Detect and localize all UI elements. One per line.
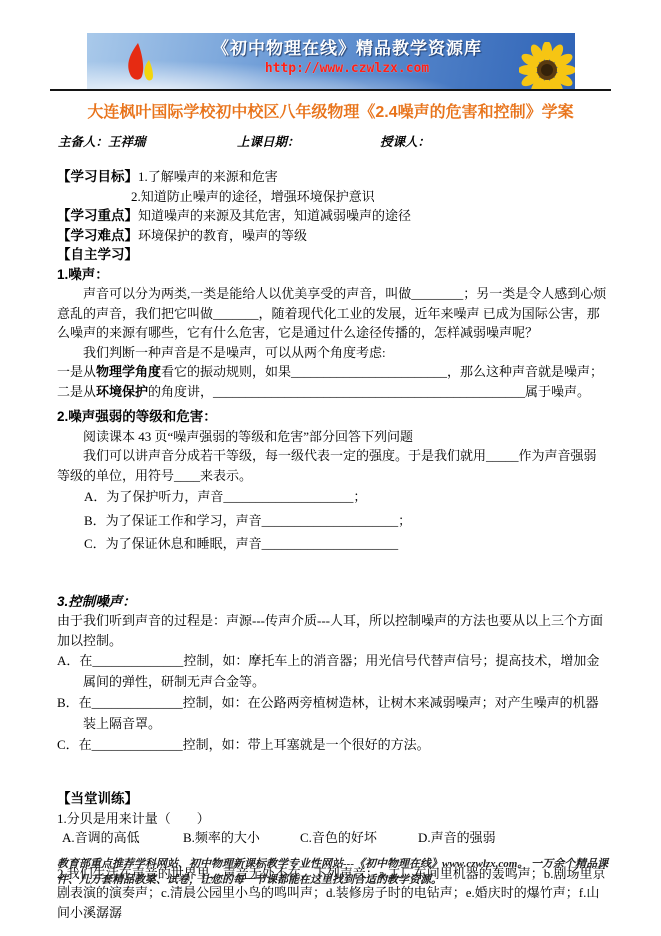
angle-2-term: 环境保护: [96, 384, 148, 399]
levels-p-c: 来表示。: [200, 468, 252, 483]
levels-item-c: C．为了保证休息和睡眠，声音_____________________: [84, 532, 607, 556]
sunflower-icon: [519, 42, 575, 90]
focus-text: 知道噪声的来源及其危害，知道减弱噪声的途径: [138, 208, 411, 223]
angle-1-term: 物理学角度: [96, 364, 161, 379]
levels-read-line: 阅读课本 43 页“噪声强弱的等级和危害”部分回答下列问题: [57, 427, 607, 447]
goal-1-text: 1.了解噪声的来源和危害: [138, 169, 278, 184]
levels-item-b-text: B．为了保证工作和学习，声音: [84, 513, 262, 528]
control-item-b-blank: ______________: [92, 695, 183, 710]
angle-1-b: 看它的振动规则，如果: [161, 364, 291, 379]
noise-judge-line: 我们判断一种声音是不是噪声，可以从两个角度考虑:: [57, 343, 607, 363]
levels-item-a: A．为了保护听力，声音____________________；: [84, 485, 607, 509]
meta-row: 主备人：王祥瑞 上课日期： 授课人：: [0, 132, 661, 150]
focus-line: 【学习重点】知道噪声的来源及其危害，知道减弱噪声的途径: [57, 206, 607, 226]
preparer-field: 主备人：王祥瑞: [58, 132, 146, 150]
selfstudy-label: 【自主学习】: [57, 247, 138, 262]
angle-2-blank: ________________________________________…: [213, 384, 525, 399]
control-intro: 由于我们听到声音的过程是：声源---传声介质---人耳，所以控制噪声的方法也要从…: [57, 611, 607, 650]
date-label: 上课日期：: [237, 132, 300, 150]
noise-p1-a: 声音可以分为两类,一类是能给人以优美享受的声音，叫做: [83, 286, 411, 301]
levels-item-a-text: A．为了保护听力，声音: [84, 489, 223, 504]
levels-paragraph: 我们可以讲声音分成若干等级，每一级代表一定的强度。于是我们就用_____作为声音…: [57, 446, 607, 485]
goals-line-2: 2.知道防止噪声的途径，增强环境保护意识: [57, 187, 607, 207]
focus-label: 【学习重点】: [57, 208, 138, 223]
flame-logo-icon: [119, 41, 163, 87]
practice-q1: 1.分贝是用来计量（ ）: [57, 809, 607, 829]
angle-2-line: 二是从环境保护的角度讲，____________________________…: [57, 382, 607, 402]
angle-2-a: 二是从: [57, 384, 96, 399]
levels-item-a-blank: ____________________: [223, 489, 353, 504]
control-item-c-blank: ______________: [92, 737, 183, 752]
goal-2-text: 2.知道防止噪声的途径，增强环境保护意识: [131, 189, 375, 204]
levels-item-c-blank: _____________________: [262, 536, 399, 551]
difficulty-label: 【学习难点】: [57, 228, 138, 243]
control-item-a-lead: A．在: [57, 653, 92, 668]
divider: [50, 89, 611, 91]
noise-heading: 1.噪声：: [57, 265, 607, 285]
page-title: 大连枫叶国际学校初中校区八年级物理《2.4噪声的危害和控制》学案: [0, 99, 661, 122]
practice-q1-options: A.音调的高低B.频率的大小C.音色的好坏D.声音的强弱: [57, 828, 607, 848]
control-item-c: C．在______________控制，如：带上耳塞就是一个很好的方法。: [57, 734, 607, 755]
flame-logo-svg: [119, 41, 163, 87]
sunflower-svg: [519, 42, 575, 90]
levels-p-a: 我们可以讲声音分成若干等级，每一级代表一定的强度。于是我们就用: [83, 448, 486, 463]
goals-line-1: 【学习目标】1.了解噪声的来源和危害: [57, 167, 607, 187]
site-banner: 《初中物理在线》精品教学资源库 http://www.czwlzx.com: [87, 33, 575, 90]
noise-blank-2: _______: [213, 306, 259, 321]
levels-blank-2: ____: [174, 468, 200, 483]
worksheet-body: 【学习目标】1.了解噪声的来源和危害 2.知道防止噪声的途径，增强环境保护意识 …: [57, 167, 607, 922]
q1-option-c: C.音色的好坏: [300, 828, 418, 848]
levels-item-a-punct: ；: [353, 489, 366, 504]
preparer-label: 主备人：: [58, 135, 108, 149]
goals-label: 【学习目标】: [57, 169, 138, 184]
banner-text-block: 《初中物理在线》精品教学资源库 http://www.czwlzx.com: [197, 38, 497, 78]
worksheet-page: 《初中物理在线》精品教学资源库 http://www.czwlzx.com: [0, 0, 661, 936]
banner-site-title: 《初中物理在线》精品教学资源库: [197, 38, 497, 60]
teacher-label: 授课人：: [380, 132, 430, 150]
preparer-name: 王祥瑞: [108, 135, 146, 149]
control-heading: 3.控制噪声：: [57, 592, 607, 612]
q1-option-b: B.频率的大小: [183, 828, 300, 848]
levels-heading: 2.噪声强弱的等级和危害：: [57, 407, 607, 427]
q1-option-d: D.声音的强弱: [418, 828, 496, 848]
footer-note: 教育部重点推荐学科网站、初中物理新课标教学专业性网站---《初中物理在线》www…: [57, 856, 609, 888]
selfstudy-line: 【自主学习】: [57, 245, 607, 265]
practice-heading: 【当堂训练】: [57, 789, 607, 809]
levels-item-b: B．为了保证工作和学习，声音_____________________；: [84, 509, 607, 533]
levels-item-b-punct: ；: [398, 513, 411, 528]
angle-1-c: ，那么这种声音就是噪声；: [447, 364, 603, 379]
angle-1-a: 一是从: [57, 364, 96, 379]
control-item-b-lead: B．在: [57, 695, 92, 710]
control-item-a: A．在______________控制，如：摩托车上的消音器；用光信号代替声信号…: [57, 650, 607, 692]
levels-item-c-text: C．为了保证休息和睡眠，声音: [84, 536, 262, 551]
control-item-b: B．在______________控制，如：在公路两旁植树造林，让树木来减弱噪声…: [57, 692, 607, 734]
difficulty-text: 环境保护的教育，噪声的等级: [138, 228, 307, 243]
difficulty-line: 【学习难点】环境保护的教育，噪声的等级: [57, 226, 607, 246]
control-item-c-text: 控制，如：带上耳塞就是一个很好的方法。: [183, 737, 430, 752]
angle-2-c: 属于噪声。: [525, 384, 590, 399]
levels-item-b-blank: _____________________: [262, 513, 399, 528]
noise-blank-1: ________: [411, 286, 463, 301]
q1-option-a: A.音调的高低: [62, 828, 183, 848]
banner-site-url[interactable]: http://www.czwlzx.com: [197, 60, 497, 78]
noise-paragraph: 声音可以分为两类,一类是能给人以优美享受的声音，叫做________；另一类是令…: [57, 284, 607, 343]
angle-2-b: 的角度讲，: [148, 384, 213, 399]
levels-blank-1: _____: [486, 448, 519, 463]
angle-1-blank: ________________________: [291, 364, 447, 379]
control-item-a-blank: ______________: [92, 653, 183, 668]
control-item-c-lead: C．在: [57, 737, 92, 752]
angle-1-line: 一是从物理学角度看它的振动规则，如果______________________…: [57, 362, 607, 382]
